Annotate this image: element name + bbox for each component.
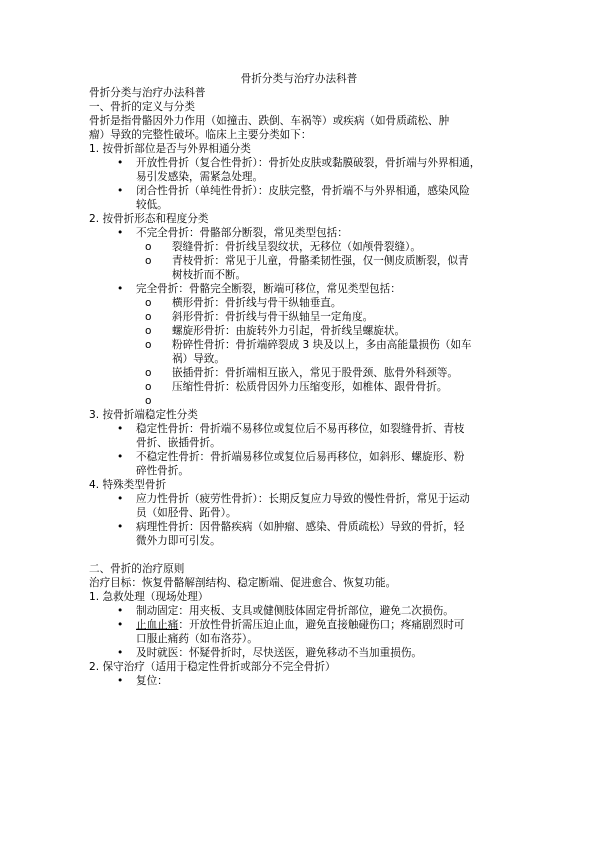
- sub-item-comminuted-cont: 祸）导致。: [172, 352, 225, 366]
- sub-item-impacted: 嵌插骨折：骨折端相互嵌入，常见于股骨颈、肱骨外科颈等。: [172, 366, 458, 380]
- document-title: 骨折分类与治疗办法科普: [89, 72, 509, 86]
- bullet-icon: •: [117, 618, 123, 632]
- list-item-stable-cont: 骨折、嵌插骨折。: [136, 436, 221, 450]
- sub-bullet-icon: o: [145, 310, 151, 324]
- sub-bullet-icon: o: [145, 380, 151, 394]
- list-item-open-fracture-cont: 易引发感染，需紧急处理。: [136, 170, 263, 184]
- list-item-immobilize: 制动固定：用夹板、支具或健侧肢体固定骨折部位，避免二次损伤。: [136, 604, 454, 618]
- list-item-closed-fracture-cont: 较低。: [136, 198, 168, 212]
- hemostasis-text: ：开放性骨折需压迫止血，避免直接触碰伤口；疼痛剧烈时可: [178, 619, 464, 631]
- bullet-icon: •: [117, 282, 123, 296]
- list-item-open-fracture: 开放性骨折（复合性骨折）：骨折处皮肤或黏膜破裂，骨折端与外界相通，: [136, 156, 480, 170]
- list-item-stress-cont: 员（如胫骨、跖骨）。: [136, 506, 237, 520]
- bullet-icon: •: [117, 226, 123, 240]
- section-2-heading: 二、骨折的治疗原则: [89, 562, 184, 576]
- treatment-goal: 治疗目标：恢复骨骼解剖结构、稳定断端、促进愈合、恢复功能。: [89, 576, 396, 590]
- sub-item-spiral: 螺旋形骨折：由旋转外力引起，骨折线呈螺旋状。: [172, 324, 405, 338]
- sub-bullet-icon: o: [145, 240, 151, 254]
- bullet-icon: •: [117, 184, 123, 198]
- list-item-complete: 完全骨折：骨骼完全断裂，断端可移位，常见类型包括：: [136, 282, 401, 296]
- sub-item-oblique: 斜形骨折：骨折线与骨干纵轴呈一定角度。: [172, 310, 373, 324]
- category-4-heading: 4. 特殊类型骨折: [89, 478, 166, 492]
- bullet-icon: •: [117, 646, 123, 660]
- sub-item-compression: 压缩性骨折：松质骨因外力压缩变形，如椎体、跟骨骨折。: [172, 380, 447, 394]
- sub-bullet-icon-empty: o: [145, 394, 151, 408]
- list-item-stable: 稳定性骨折：骨折端不易移位或复位后不易再移位，如裂缝骨折、青枝: [136, 422, 464, 436]
- sub-item-fissure: 裂缝骨折：骨折线呈裂纹状，无移位（如颅骨裂缝）。: [172, 240, 421, 254]
- bullet-icon: •: [117, 520, 123, 534]
- sub-item-greenstick: 青枝骨折：常见于儿童，骨骼柔韧性强，仅一侧皮质断裂，似青: [172, 254, 469, 268]
- intro-line-2: 瘤）导致的完整性破坏。临床上主要分类如下：: [89, 128, 311, 142]
- bullet-icon: •: [117, 450, 123, 464]
- sub-bullet-icon: o: [145, 366, 151, 380]
- bullet-icon: •: [117, 156, 123, 170]
- list-item-pathologic: 病理性骨折：因骨骼疾病（如肿瘤、感染、骨质疏松）导致的骨折，轻: [136, 520, 464, 534]
- sub-bullet-icon: o: [145, 324, 151, 338]
- sub-bullet-icon: o: [145, 338, 151, 352]
- treatment-1-heading: 1. 急救处理（现场处理）: [89, 590, 208, 604]
- sub-bullet-icon: o: [145, 254, 151, 268]
- list-item-incomplete: 不完全骨折：骨骼部分断裂，常见类型包括：: [136, 226, 348, 240]
- bullet-icon: •: [117, 604, 123, 618]
- list-item-unstable: 不稳定性骨折：骨折端易移位或复位后易再移位，如斜形、螺旋形、粉: [136, 450, 464, 464]
- category-2-heading: 2. 按骨折形态和程度分类: [89, 212, 208, 226]
- list-item-seek-care: 及时就医：怀疑骨折时，尽快送医，避免移动不当加重损伤。: [136, 646, 422, 660]
- intro-line-1: 骨折是指骨骼因外力作用（如撞击、跌倒、车祸等）或疾病（如骨质疏松、肿: [89, 114, 449, 128]
- list-item-hemostasis-cont: 口服止痛药（如布洛芬）。: [136, 632, 258, 646]
- sub-bullet-icon: o: [145, 296, 151, 310]
- sub-item-transverse: 横形骨折：骨折线与骨干纵轴垂直。: [172, 296, 342, 310]
- hemostasis-term: 止血止痛: [136, 619, 178, 631]
- treatment-2-heading: 2. 保守治疗（适用于稳定性骨折或部分不完全骨折）: [89, 660, 336, 674]
- sub-item-greenstick-cont: 树枝折而不断。: [172, 268, 246, 282]
- section-1-heading: 一、骨折的定义与分类: [89, 100, 195, 114]
- bullet-icon: •: [117, 492, 123, 506]
- list-item-hemostasis: 止血止痛：开放性骨折需压迫止血，避免直接触碰伤口；疼痛剧烈时可: [136, 618, 464, 632]
- list-item-reduction: 复位：: [136, 674, 168, 688]
- category-1-heading: 1. 按骨折部位是否与外界相通分类: [89, 142, 251, 156]
- list-item-unstable-cont: 碎性骨折。: [136, 464, 189, 478]
- bullet-icon: •: [117, 422, 123, 436]
- sub-item-comminuted: 粉碎性骨折：骨折端碎裂成 3 块及以上，多由高能量损伤（如车: [172, 338, 472, 352]
- document-subtitle: 骨折分类与治疗办法科普: [89, 86, 206, 100]
- category-3-heading: 3. 按骨折端稳定性分类: [89, 408, 198, 422]
- list-item-pathologic-cont: 微外力即可引发。: [136, 534, 221, 548]
- bullet-icon: •: [117, 674, 123, 688]
- list-item-stress: 应力性骨折（疲劳性骨折）：长期反复应力导致的慢性骨折，常见于运动: [136, 492, 470, 506]
- list-item-closed-fracture: 闭合性骨折（单纯性骨折）：皮肤完整，骨折端不与外界相通，感染风险: [136, 184, 470, 198]
